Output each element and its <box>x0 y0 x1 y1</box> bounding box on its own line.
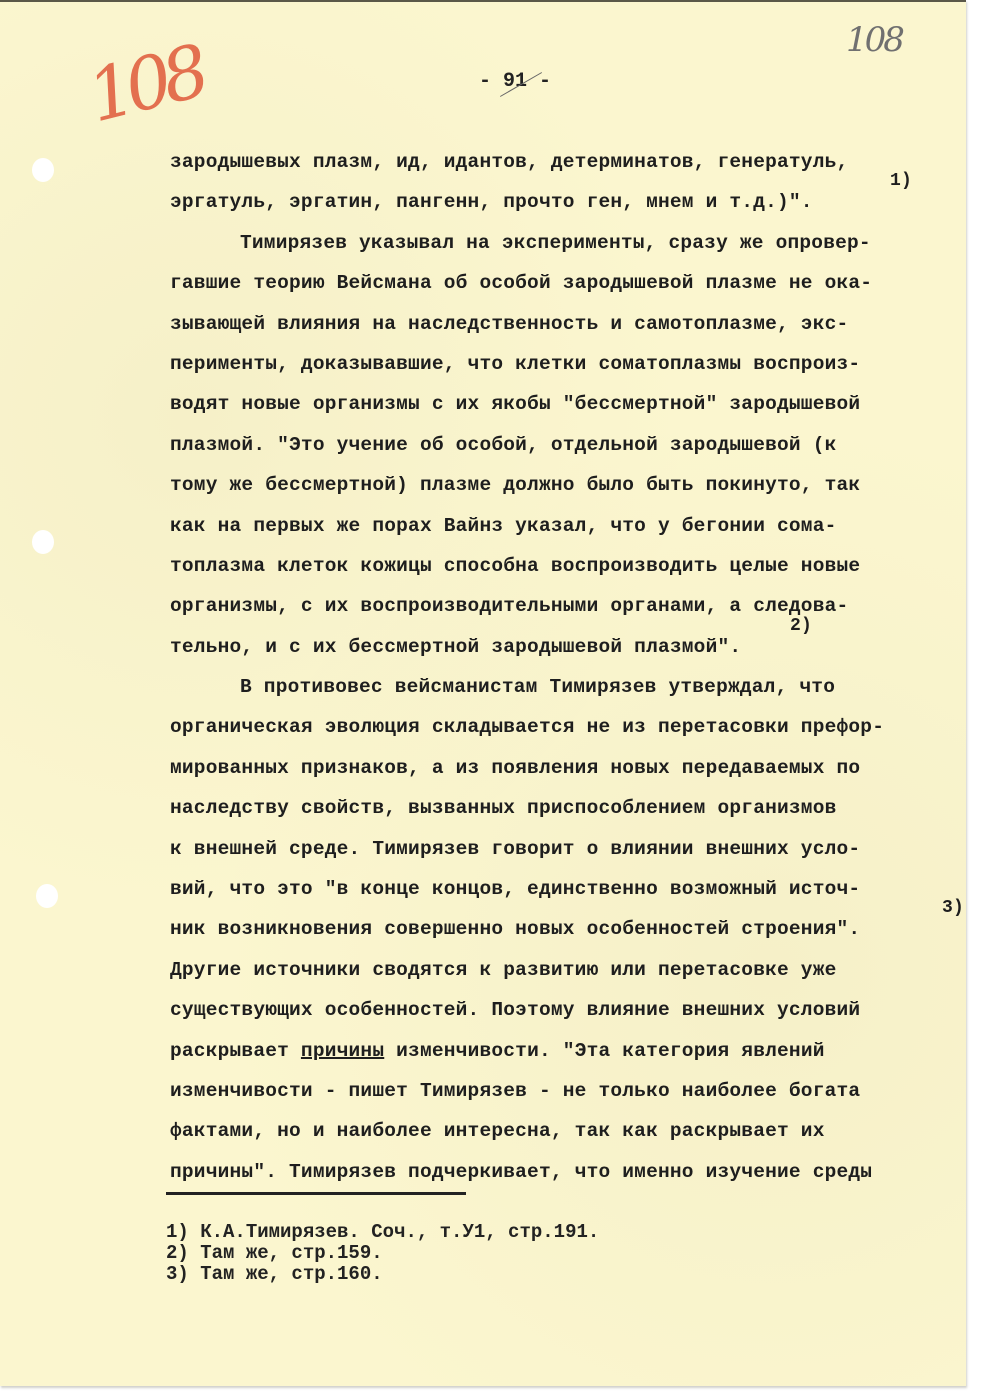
text-line-content: перименты, доказывавшие, что клетки сома… <box>170 353 860 375</box>
text-line: водят новые организмы с их якобы "бессме… <box>170 384 960 424</box>
text-line-content: Тимирязев указывал на эксперименты, сраз… <box>240 232 871 254</box>
text-line-content: вий, что это "в конце концов, единственн… <box>170 878 860 900</box>
footnote-reference: 3) <box>942 899 964 917</box>
text-line: ник возникновения совершенно новых особе… <box>170 909 960 949</box>
text-line-content: плазмой. "Это учение об особой, отдельно… <box>170 434 837 456</box>
text-line-content: мированных признаков, а из появления нов… <box>170 757 860 779</box>
text-line-content: изменчивости - пишет Тимирязев - не толь… <box>170 1080 860 1102</box>
text-line-content: тому же бессмертной) плазме должно было … <box>170 474 860 496</box>
footnote-reference: 2) <box>790 617 812 635</box>
text-line: гавшие теорию Вейсмана об особой зародыш… <box>170 263 960 303</box>
text-line: фактами, но и наиболее интересна, так ка… <box>170 1111 960 1151</box>
text-line: органическая эволюция складывается не из… <box>170 707 960 747</box>
text-line-content: зывающей влияния на наследственность и с… <box>170 313 848 335</box>
text-line-content: топлазма клеток кожицы способна воспроиз… <box>170 555 860 577</box>
text-line: Тимирязев указывал на эксперименты, сраз… <box>170 223 960 263</box>
underlined-word: причины <box>301 1040 384 1062</box>
body-text: зародышевых плазм, ид, идантов, детермин… <box>170 142 960 1192</box>
text-line: топлазма клеток кожицы способна воспроиз… <box>170 546 960 586</box>
text-line: В противовес вейсманистам Тимирязев утве… <box>170 667 960 707</box>
text-line-content: зародышевых плазм, ид, идантов, детермин… <box>170 151 848 173</box>
text-line-content: фактами, но и наиболее интересна, так ка… <box>170 1120 825 1142</box>
text-line: тельно, и с их бессмертной зародышевой п… <box>170 627 960 667</box>
text-line-content: органическая эволюция складывается не из… <box>170 716 884 738</box>
red-pencil-archive-number: 108 <box>80 30 210 139</box>
text-line: перименты, доказывавшие, что клетки сома… <box>170 344 960 384</box>
text-line: мированных признаков, а из появления нов… <box>170 748 960 788</box>
text-line: Другие источники сводятся к развитию или… <box>170 950 960 990</box>
text-line-content: гавшие теорию Вейсмана об особой зародыш… <box>170 272 872 294</box>
footnote: 3) Там же, стр.160. <box>166 1264 599 1285</box>
punch-hole <box>32 530 54 554</box>
text-line: как на первых же порах Вайнз указал, что… <box>170 506 960 546</box>
text-line-content: наследству свойств, вызванных приспособл… <box>170 797 837 819</box>
text-line-content: существующих особенностей. Поэтому влиян… <box>170 999 860 1021</box>
text-line-content: эргатуль, эргатин, пангенн, прочто ген, … <box>170 191 813 213</box>
footnote-reference: 1) <box>890 172 912 190</box>
footnote: 1) К.А.Тимирязев. Соч., т.У1, стр.191. <box>166 1222 599 1243</box>
text-line-content: к внешней среде. Тимирязев говорит о вли… <box>170 838 860 860</box>
text-line-content: организмы, с их воспроизводительными орг… <box>170 595 848 617</box>
text-line: наследству свойств, вызванных приспособл… <box>170 788 960 828</box>
text-line-content: тельно, и с их бессмертной зародышевой п… <box>170 636 741 658</box>
text-line-content: Другие источники сводятся к развитию или… <box>170 959 837 981</box>
text-line-content: ник возникновения совершенно новых особе… <box>170 918 860 940</box>
text-line: причины". Тимирязев подчеркивает, что им… <box>170 1152 960 1192</box>
text-line-content: причины". Тимирязев подчеркивает, что им… <box>170 1161 872 1183</box>
text-line: тому же бессмертной) плазме должно было … <box>170 465 960 505</box>
text-line: зародышевых плазм, ид, идантов, детермин… <box>170 142 960 182</box>
footnote-separator <box>166 1192 466 1195</box>
footnote: 2) Там же, стр.159. <box>166 1243 599 1264</box>
punch-hole <box>32 158 54 182</box>
text-line-content: водят новые организмы с их якобы "бессме… <box>170 393 860 415</box>
page-number: - 91 - <box>475 70 555 93</box>
text-line: эргатуль, эргатин, пангенн, прочто ген, … <box>170 182 960 222</box>
text-line: изменчивости - пишет Тимирязев - не толь… <box>170 1071 960 1111</box>
text-line: к внешней среде. Тимирязев говорит о вли… <box>170 829 960 869</box>
text-line-content: как на первых же порах Вайнз указал, что… <box>170 515 837 537</box>
text-line: плазмой. "Это учение об особой, отдельно… <box>170 425 960 465</box>
grey-pencil-archive-number: 108 <box>846 20 902 60</box>
text-line: существующих особенностей. Поэтому влиян… <box>170 990 960 1030</box>
document-page: 108 108 - 91 - зародышевых плазм, ид, ид… <box>0 0 966 1386</box>
text-line-content: В противовес вейсманистам Тимирязев утве… <box>240 676 835 698</box>
text-line: вий, что это "в конце концов, единственн… <box>170 869 960 909</box>
text-line: организмы, с их воспроизводительными орг… <box>170 586 960 626</box>
text-line: раскрывает причины изменчивости. "Эта ка… <box>170 1031 960 1071</box>
punch-hole <box>36 884 58 908</box>
footnotes: 1) К.А.Тимирязев. Соч., т.У1, стр.191.2)… <box>166 1222 599 1285</box>
text-line: зывающей влияния на наследственность и с… <box>170 304 960 344</box>
